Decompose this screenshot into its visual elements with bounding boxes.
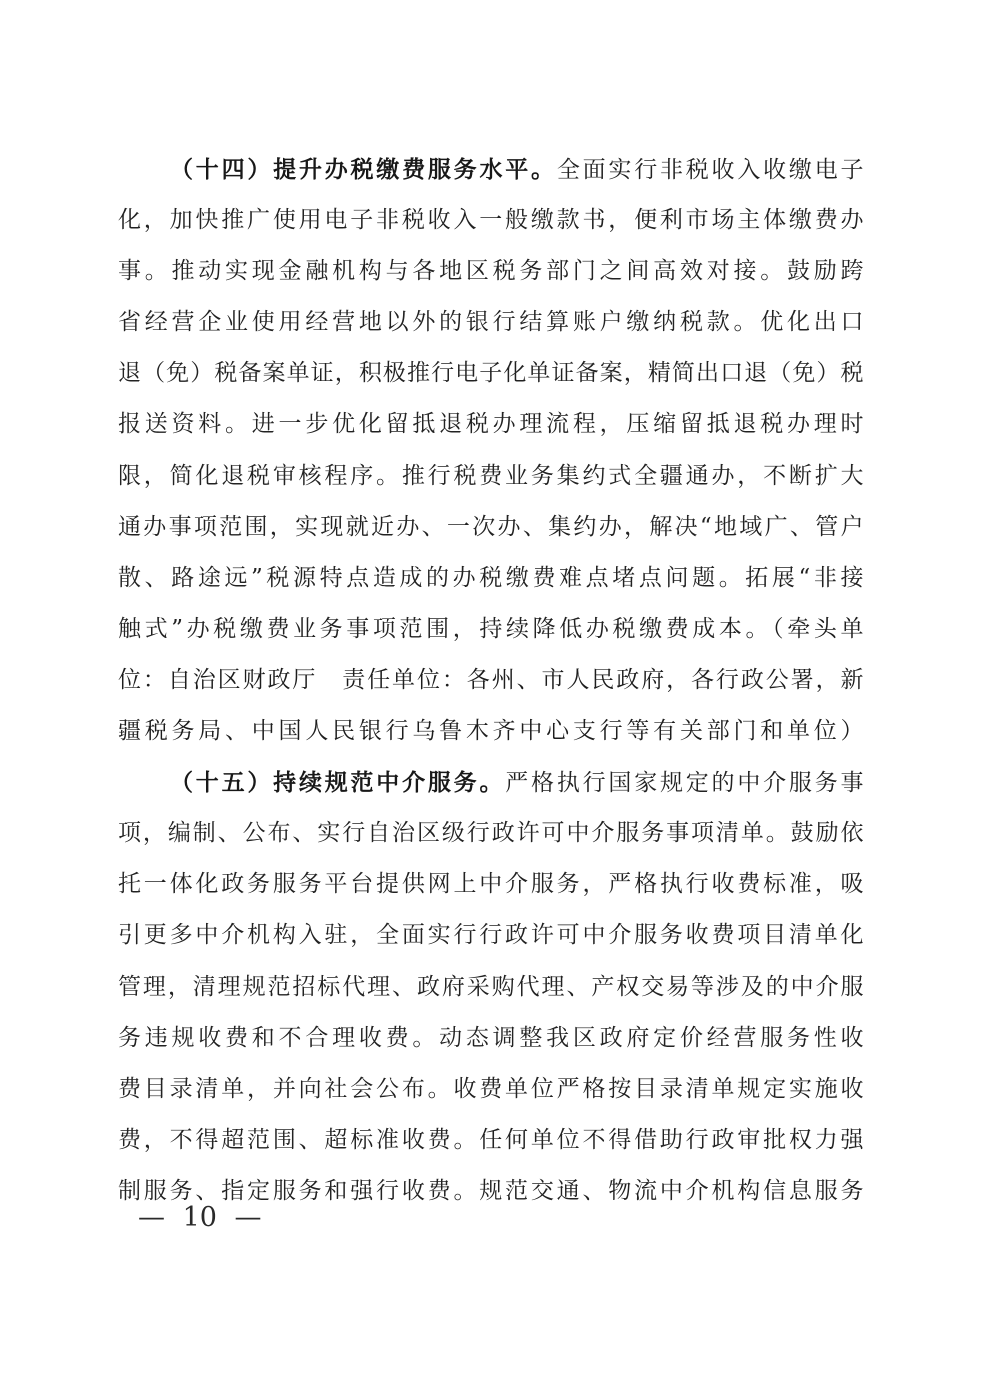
text-line: 省经营企业使用经营地以外的银行结算账户缴纳税款。优化出口 [118,297,864,348]
section-heading-text: （十四）提升办税缴费服务水平。 [170,156,557,183]
body-text: 制服务、指定服务和强行收费。规范交通、物流中介机构信息服务 [118,1178,864,1204]
body-text: 引更多中介机构入驻，全面实行行政许可中介服务收费项目清单化 [118,922,864,948]
text-line: 触式”办税缴费业务事项范围，持续降低办税缴费成本。（牵头单 [118,604,864,655]
body-text: 严格执行国家规定的中介服务事 [505,770,864,796]
body-text: 托一体化政务服务平台提供网上中介服务，严格执行收费标准，吸 [118,871,864,897]
text-line: 位：自治区财政厅 责任单位：各州、市人民政府，各行政公署，新 [118,655,864,706]
text-line: 托一体化政务服务平台提供网上中介服务，严格执行收费标准，吸 [118,859,864,910]
text-line: 管理，清理规范招标代理、政府采购代理、产权交易等涉及的中介服 [118,962,864,1013]
responsible-unit-text: 位：自治区财政厅 责任单位：各州、市人民政府，各行政公署，新 [118,667,864,693]
body-text: 务违规收费和不合理收费。动态调整我区政府定价经营服务性收 [118,1025,864,1051]
page-number: — 10 — [138,1202,262,1234]
body-text: 限，简化退税审核程序。推行税费业务集约式全疆通办，不断扩大 [118,463,864,489]
text-line: 务违规收费和不合理收费。动态调整我区政府定价经营服务性收 [118,1013,864,1064]
body-text: 省经营企业使用经营地以外的银行结算账户缴纳税款。优化出口 [118,309,864,335]
text-line: 化，加快推广使用电子非税收入一般缴款书，便利市场主体缴费办 [118,195,864,246]
body-text: 项，编制、公布、实行自治区级行政许可中介服务事项清单。鼓励依 [118,820,864,846]
text-line: 事。推动实现金融机构与各地区税务部门之间高效对接。鼓励跨 [118,246,864,297]
body-text: 费目录清单，并向社会公布。收费单位严格按目录清单规定实施收 [118,1076,864,1102]
text-line: 通办事项范围，实现就近办、一次办、集约办，解决“地域广、管户 [118,502,864,553]
text-line: （十四）提升办税缴费服务水平。全面实行非税收入收缴电子 [118,144,864,195]
responsible-unit-text: 疆税务局、中国人民银行乌鲁木齐中心支行等有关部门和单位） [118,718,864,744]
body-text: 触式”办税缴费业务事项范围，持续降低办税缴费成本。 [118,616,772,642]
document-body: （十四）提升办税缴费服务水平。全面实行非税收入收缴电子化，加快推广使用电子非税收… [118,144,864,1217]
body-text: 全面实行非税收入收缴电子 [557,157,864,183]
text-line: 疆税务局、中国人民银行乌鲁木齐中心支行等有关部门和单位） [118,706,864,757]
text-line: 费目录清单，并向社会公布。收费单位严格按目录清单规定实施收 [118,1064,864,1115]
body-text: 管理，清理规范招标代理、政府采购代理、产权交易等涉及的中介服 [118,974,864,1000]
body-text: 散、路途远”税源特点造成的办税缴费难点堵点问题。拓展“非接 [118,565,864,591]
body-text: 报送资料。进一步优化留抵退税办理流程，压缩留抵退税办理时 [118,411,864,437]
text-line: 限，简化退税审核程序。推行税费业务集约式全疆通办，不断扩大 [118,451,864,502]
document-page: （十四）提升办税缴费服务水平。全面实行非税收入收缴电子化，加快推广使用电子非税收… [0,0,983,1391]
body-text: 化，加快推广使用电子非税收入一般缴款书，便利市场主体缴费办 [118,207,864,233]
text-line: 费，不得超范围、超标准收费。任何单位不得借助行政审批权力强 [118,1115,864,1166]
section-heading-text: （十五）持续规范中介服务。 [170,769,505,796]
text-line: 项，编制、公布、实行自治区级行政许可中介服务事项清单。鼓励依 [118,808,864,859]
text-line: 引更多中介机构入驻，全面实行行政许可中介服务收费项目清单化 [118,910,864,961]
responsible-unit-text: （牵头单 [772,616,864,642]
text-line: 报送资料。进一步优化留抵退税办理流程，压缩留抵退税办理时 [118,399,864,450]
body-text: 费，不得超范围、超标准收费。任何单位不得借助行政审批权力强 [118,1127,864,1153]
body-text: 退（免）税备案单证，积极推行电子化单证备案，精简出口退（免）税 [118,360,864,386]
text-line: （十五）持续规范中介服务。严格执行国家规定的中介服务事 [118,757,864,808]
body-text: 事。推动实现金融机构与各地区税务部门之间高效对接。鼓励跨 [118,258,864,284]
text-line: 退（免）税备案单证，积极推行电子化单证备案，精简出口退（免）税 [118,348,864,399]
body-text: 通办事项范围，实现就近办、一次办、集约办，解决“地域广、管户 [118,514,864,540]
text-line: 散、路途远”税源特点造成的办税缴费难点堵点问题。拓展“非接 [118,553,864,604]
